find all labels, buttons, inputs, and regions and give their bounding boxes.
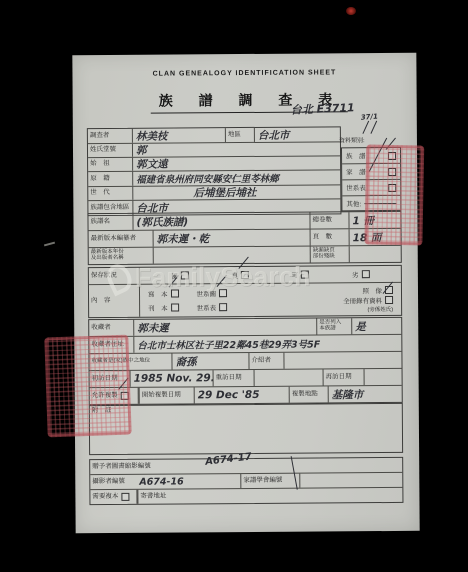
generations-value: 后埔堡后埔社 (133, 185, 340, 199)
donor-film-label: 贈予者圖書縮影編號 (90, 459, 190, 474)
table-row: 攝影者編號 A674-16 家譜學會編號 (90, 472, 402, 489)
pages-label: 頁 數 (310, 229, 350, 245)
content-option-label: 寫 本 (148, 289, 168, 298)
area-label: 地區 (225, 128, 255, 142)
table-row: 族譜名 (郭氏族譜) 總卷數 1 冊 (88, 212, 400, 230)
content-option-label: 刊 本 (148, 303, 168, 312)
missing-label: 缺漏缺頁 部份殘缺 (310, 246, 350, 262)
table-row: 世 代 后埔堡后埔社 (88, 184, 340, 200)
table-row: 允許複製 開始複製日期 29 Dec '85 複製地點 基隆市 (90, 385, 402, 404)
printed-checkbox (171, 303, 179, 311)
revisit-value (255, 369, 323, 385)
copy-date-label: 開始複製日期 (139, 387, 195, 403)
pedigree-table-checkbox (219, 303, 227, 311)
first-visit-value: 1985 Nov. 29. (131, 370, 213, 387)
surname-label: 姓氏堂號 (88, 144, 133, 157)
photographer-label: 攝影者編號 (90, 475, 136, 489)
surveyor-label: 調查者 (88, 129, 133, 143)
founder-value: 郭文遠 (133, 156, 340, 170)
mail-address-value (176, 488, 402, 504)
table-row: 收藏者 郭未遲 是否列入 本族譜 是 (89, 318, 401, 336)
red-seal-stamp-left (44, 335, 131, 438)
content-option-label: 世系圖 (196, 289, 216, 298)
condition-option-label: 可 (292, 270, 299, 279)
film-scratch-mark (44, 242, 55, 247)
condition-option-label: 劣 (352, 270, 359, 279)
pedigree-diagram-checkbox (219, 289, 227, 297)
genealogy-title-value: (郭氏族譜) (133, 213, 309, 230)
mail-address-label: 寄書地址 (137, 489, 176, 503)
origin-value: 福建省泉州府同安縣安仁里苓林鄉 (133, 170, 340, 185)
handwritten-slash (370, 121, 377, 134)
content-option-sublabel: (旁係姓氏) (367, 304, 393, 312)
introducer-value (284, 352, 401, 369)
holder-position-value: 裔孫 (172, 353, 248, 370)
copy-needed-label: 需要複本 (92, 493, 118, 500)
excellent-checkbox (181, 271, 189, 279)
copy-date-value: 29 Dec '85 (195, 387, 289, 404)
listed-label-line2: 本族譜 (319, 326, 336, 332)
poor-checkbox (361, 270, 369, 278)
manuscript-checkbox (170, 289, 178, 297)
table-row: 收藏者住址 台北市士林区社子里22鄰45巷29弄3号5F (89, 334, 401, 353)
material-type-title: 資料類別: (339, 135, 365, 144)
holder-value: 郭未遲 (134, 319, 316, 336)
area-value: 台北市 (255, 127, 340, 142)
photographer-value: A674-16 (136, 474, 240, 489)
material-option-label: 族 譜 (346, 151, 366, 160)
founder-label: 始 祖 (88, 158, 133, 171)
generations-label: 世 代 (88, 187, 133, 200)
film-number-table: 贈予者圖書縮影編號 攝影者編號 A674-16 家譜學會編號 需要複本 寄書地址 (89, 457, 403, 505)
table-row: 調查者 林美枝 地區 台北市 (88, 127, 340, 143)
table-row: 原 籍 福建省泉州府同安縣安仁里苓林鄉 (88, 169, 340, 186)
society-number-value (300, 473, 402, 488)
table-row: 收藏者是(家)族中之地位 裔孫 介紹者 (89, 351, 401, 370)
red-ink-smudge (346, 7, 356, 15)
copy-needed-checkbox (121, 493, 129, 501)
condition-table: 保存狀況 優 良 可 劣 內 容 寫 本 刊 本 世系圖 世 (88, 265, 402, 318)
holder-address-value: 台北市士林区社子里22鄰45巷29弄3号5F (134, 335, 401, 353)
copy-place-label: 複製地點 (289, 386, 329, 402)
table-row: 姓氏堂號 郭 (88, 141, 340, 157)
table-row: 最新版本編纂者 郭未遲・乾 頁 數 18 面 (89, 228, 401, 247)
condition-row: 保存狀況 優 良 可 劣 (89, 266, 401, 284)
listed-label: 是否列入 本族譜 (316, 318, 352, 334)
edition-value (154, 247, 310, 264)
notes-box: 附 註 (89, 403, 403, 455)
surname-value: 郭 (133, 142, 340, 156)
content-option-label: 世系表 (197, 303, 217, 312)
society-number-label: 家譜學會編號 (240, 474, 300, 488)
compiler-label: 最新版本編纂者 (89, 231, 154, 247)
reference-number-handwritten: 台北 E3711 (290, 99, 355, 118)
volume-table: 族譜名 (郭氏族譜) 總卷數 1 冊 最新版本編纂者 郭未遲・乾 頁 數 18 … (87, 211, 401, 265)
copy-place-value: 基隆市 (329, 386, 402, 403)
red-seal-stamp (364, 144, 424, 245)
surveyor-value: 林美枝 (133, 128, 225, 143)
content-option-label: 全冊錄有資料 (343, 296, 382, 305)
content-row: 內 容 寫 本 刊 本 世系圖 世系表 照 像 全冊錄有資料 (89, 282, 401, 317)
edition-label: 最新版本年份 及出版者名稱 (89, 248, 154, 264)
copy-needed-cell: 需要複本 (90, 490, 137, 504)
origin-label: 原 籍 (88, 172, 133, 186)
introducer-label: 介紹者 (248, 353, 284, 369)
content-option-label: 照 像 (362, 286, 382, 295)
revisit2-value (365, 369, 402, 385)
revisit-label: 重訪日期 (213, 370, 255, 386)
condition-label: 保存狀況 (89, 268, 140, 284)
genealogy-form-page: CLAN GENEALOGY IDENTIFICATION SHEET 族 譜 … (72, 53, 419, 533)
compiler-value: 郭未遲・乾 (154, 230, 310, 247)
holder-table: 收藏者 郭未遲 是否列入 本族譜 是 收藏者住址 台北市士林区社子里22鄰45巷… (88, 317, 403, 405)
full-record-checkbox (385, 296, 393, 304)
revisit2-label: 再訪日期 (323, 369, 365, 385)
fair-checkbox (301, 271, 309, 279)
genealogy-title-label: 族譜名 (88, 214, 133, 230)
missing-value (350, 246, 401, 262)
photograph-background: CLAN GENEALOGY IDENTIFICATION SHEET 族 譜 … (0, 0, 468, 572)
edition-label-line2: 及出版者名稱 (91, 256, 124, 262)
table-row: 始 祖 郭文遠 (88, 155, 340, 171)
form-title-english: CLAN GENEALOGY IDENTIFICATION SHEET (72, 69, 416, 78)
content-label: 內 容 (89, 285, 140, 317)
notes-value (113, 404, 402, 454)
survey-table: 調查者 林美枝 地區 台北市 姓氏堂號 郭 始 祖 郭文遠 原 籍 福建省泉州府… (87, 126, 342, 216)
condition-option-label: 良 (231, 271, 238, 280)
table-row: 初訪日期 1985 Nov. 29. 重訪日期 再訪日期 (90, 368, 402, 387)
listed-value: 是 (352, 318, 401, 334)
material-option-label: 家 譜 (346, 167, 366, 176)
missing-label-line2: 部份殘缺 (313, 254, 335, 260)
material-option-label: 世系表 (346, 183, 366, 192)
good-checkbox (241, 271, 249, 279)
volumes-label: 總卷數 (309, 212, 349, 228)
table-row: 需要複本 寄書地址 (90, 487, 402, 504)
material-option-label: 其他: (346, 199, 361, 208)
handwritten-slash (362, 121, 369, 134)
holder-label: 收藏者 (89, 320, 134, 336)
